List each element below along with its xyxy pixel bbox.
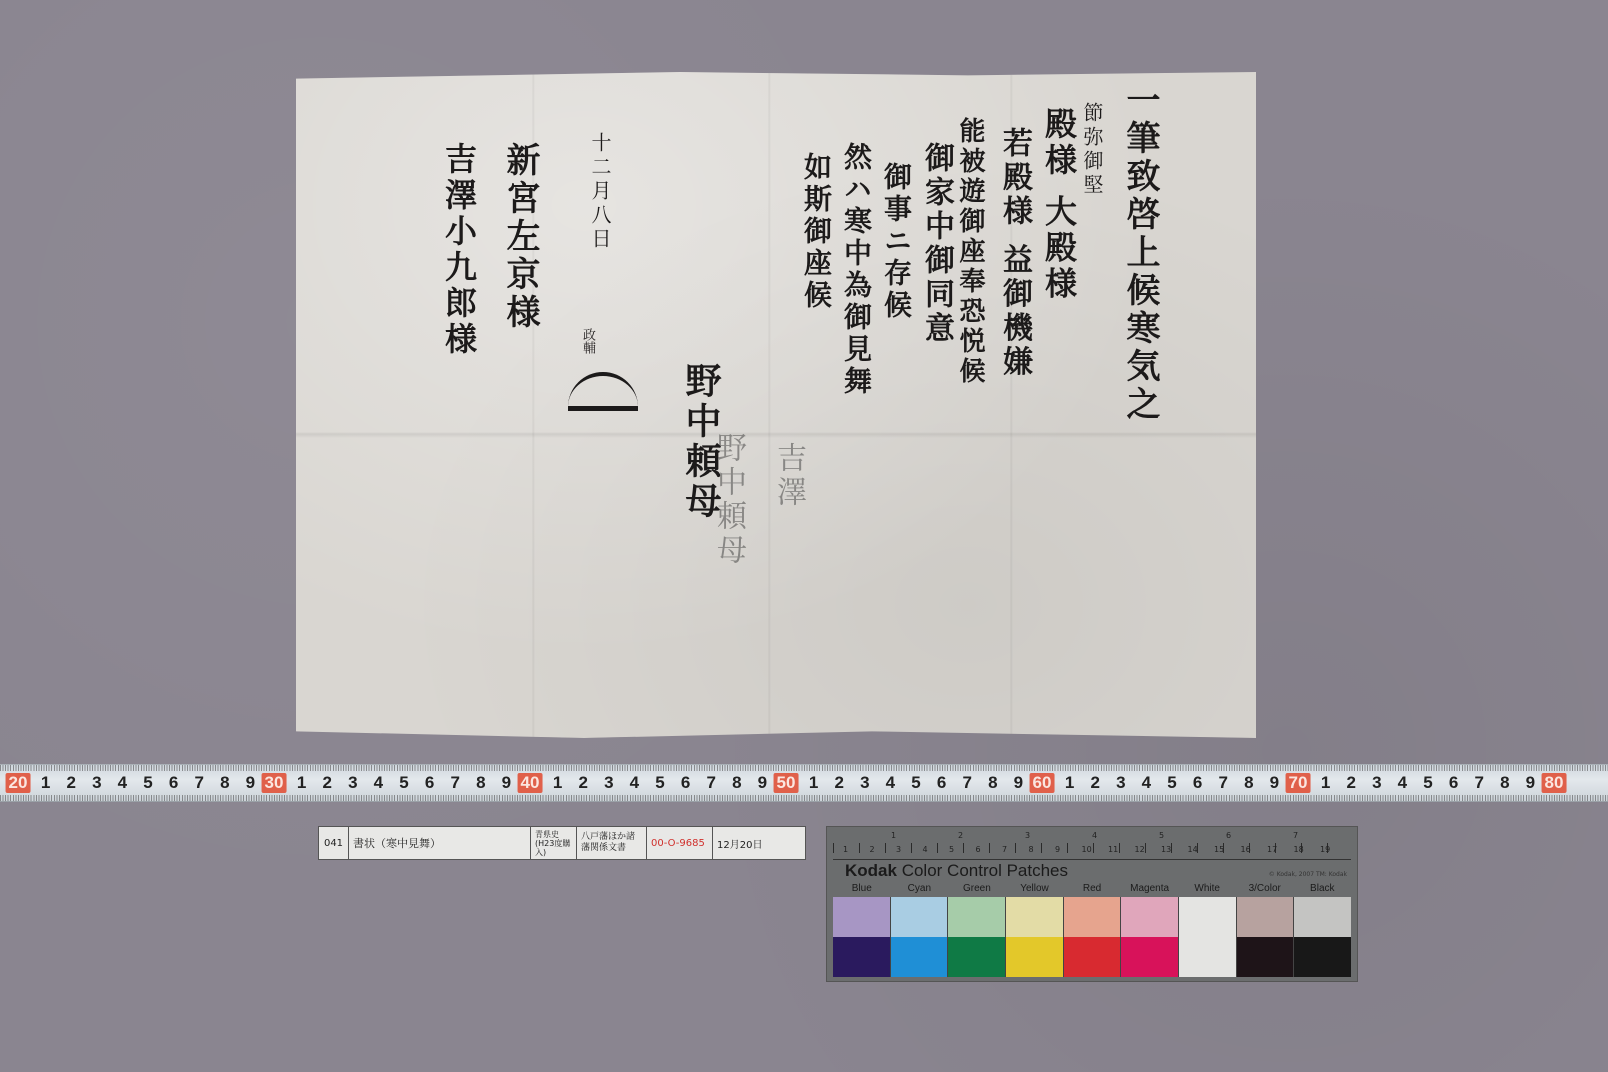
- kodak-inch-mark: 7: [1293, 831, 1298, 840]
- kodak-inch-mark: 4: [1092, 831, 1097, 840]
- kodak-inch-mark: 6: [1226, 831, 1231, 840]
- ruler-unit-label: 2: [322, 773, 331, 793]
- ruler-unit-label: 2: [1090, 773, 1099, 793]
- ruler-unit-label: 5: [1423, 773, 1432, 793]
- ruler-decade-label: 30: [262, 773, 287, 793]
- ruler-unit-label: 8: [732, 773, 741, 793]
- addressee-column: 新宮左京様: [496, 142, 545, 332]
- patch-dark: [833, 937, 890, 977]
- ruler-unit-label: 1: [41, 773, 50, 793]
- kodak-cm-mark: 19: [1320, 845, 1330, 854]
- ruler-unit-label: 4: [374, 773, 383, 793]
- ruler-decade-label: 40: [518, 773, 543, 793]
- ruler-unit-label: 9: [1270, 773, 1279, 793]
- ruler-unit-label: 6: [937, 773, 946, 793]
- patch-name: 3/Color: [1236, 883, 1294, 894]
- patch-name: Cyan: [891, 883, 949, 894]
- ruler-unit-label: 2: [578, 773, 587, 793]
- patch-name: White: [1178, 883, 1236, 894]
- ruler-unit-label: 6: [425, 773, 434, 793]
- catalog-date: 12月20日: [713, 827, 805, 859]
- ruler-ticks-bottom: [0, 795, 1608, 801]
- color-patch-green: [948, 897, 1006, 977]
- ruler-unit-label: 7: [1218, 773, 1227, 793]
- patch-light: [833, 897, 890, 937]
- kodak-cm-mark: 12: [1135, 845, 1145, 854]
- kodak-cm-mark: 16: [1241, 845, 1251, 854]
- historical-document-paper: 一筆致啓上候寒気之節弥御堅殿様 大殿様若殿様 益御機嫌能被遊御座奉恐悦候御家中御…: [296, 72, 1256, 738]
- kodak-inch-mark: 1: [891, 831, 896, 840]
- kodak-cm-mark: 5: [949, 845, 954, 854]
- catalog-source: 青県史(H23度購入): [531, 827, 577, 859]
- patch-light: [1006, 897, 1063, 937]
- catalog-number: 041: [319, 827, 349, 859]
- patch-dark: [1064, 937, 1121, 977]
- patch-light: [1179, 897, 1236, 937]
- calligraphy-column: 殿様 大殿様: [1036, 107, 1082, 302]
- ruler-unit-label: 4: [118, 773, 127, 793]
- ruler-unit-label: 7: [1474, 773, 1483, 793]
- patch-dark: [891, 937, 948, 977]
- kodak-brand: Kodak Color Control Patches: [845, 861, 1068, 881]
- ruler-unit-label: 7: [706, 773, 715, 793]
- ruler-unit-label: 2: [66, 773, 75, 793]
- ruler-unit-label: 5: [143, 773, 152, 793]
- ruler-unit-label: 8: [1500, 773, 1509, 793]
- tape-measure-ruler: 2012345678930123456789401234567895012345…: [0, 764, 1608, 802]
- catalog-title: 書状（寒中見舞）: [349, 827, 531, 859]
- ruler-unit-label: 1: [809, 773, 818, 793]
- ruler-decade-label: 80: [1542, 773, 1567, 793]
- ruler-unit-label: 6: [1449, 773, 1458, 793]
- catalog-id: 00-O-9685: [647, 827, 713, 859]
- patch-dark: [1237, 937, 1294, 977]
- ruler-unit-label: 5: [399, 773, 408, 793]
- patch-light: [948, 897, 1005, 937]
- ruler-unit-label: 8: [220, 773, 229, 793]
- color-patch-blue: [833, 897, 891, 977]
- kodak-cm-mark: 7: [1002, 845, 1007, 854]
- ruler-unit-label: 2: [834, 773, 843, 793]
- ruler-unit-label: 7: [194, 773, 203, 793]
- kodak-inch-mark: 2: [958, 831, 963, 840]
- calligraphy-column: 一筆致啓上候寒気之: [1116, 82, 1165, 424]
- calligraphy-column: 若殿様 益御機嫌: [992, 127, 1036, 379]
- kodak-cm-mark: 9: [1055, 845, 1060, 854]
- ruler-unit-label: 9: [1014, 773, 1023, 793]
- ruler-unit-label: 3: [1372, 773, 1381, 793]
- color-patches: [833, 897, 1351, 977]
- patch-dark: [1121, 937, 1178, 977]
- addressee-column: 吉澤小九郎様: [436, 142, 482, 358]
- kodak-title: Color Control Patches: [902, 861, 1068, 880]
- kodak-cm-mark: 8: [1029, 845, 1034, 854]
- ruler-unit-label: 5: [1167, 773, 1176, 793]
- calligraphy-column: 然ハ寒中為御見舞: [836, 142, 876, 398]
- patch-light: [891, 897, 948, 937]
- ruler-unit-label: 5: [911, 773, 920, 793]
- ruler-unit-label: 9: [1526, 773, 1535, 793]
- kodak-cm-mark: 1: [843, 845, 848, 854]
- kodak-cm-mark: 4: [923, 845, 928, 854]
- color-patch-3-color: [1237, 897, 1295, 977]
- kodak-cm-mark: 14: [1188, 845, 1198, 854]
- kodak-scale: 123456789101112131415161718191234567: [833, 831, 1351, 860]
- ruler-unit-label: 2: [1346, 773, 1355, 793]
- ruler-unit-label: 3: [348, 773, 357, 793]
- ruler-unit-label: 6: [681, 773, 690, 793]
- color-patch-red: [1064, 897, 1122, 977]
- kodak-cm-mark: 10: [1082, 845, 1092, 854]
- patch-name: Blue: [833, 883, 891, 894]
- kodak-inch-mark: 5: [1159, 831, 1164, 840]
- kodak-cm-mark: 2: [870, 845, 875, 854]
- ruler-unit-label: 3: [92, 773, 101, 793]
- patch-dark: [948, 937, 1005, 977]
- ruler-unit-label: 7: [962, 773, 971, 793]
- ruler-unit-label: 9: [246, 773, 255, 793]
- color-patch-magenta: [1121, 897, 1179, 977]
- color-patch-black: [1294, 897, 1351, 977]
- patch-light: [1237, 897, 1294, 937]
- ruler-ticks-top: [0, 765, 1608, 771]
- patch-light: [1121, 897, 1178, 937]
- ruler-unit-label: 4: [1142, 773, 1151, 793]
- ruler-unit-label: 7: [450, 773, 459, 793]
- catalog-label: 041 書状（寒中見舞） 青県史(H23度購入) 八戸藩ほか諸藩関係文書 00-…: [318, 826, 806, 860]
- patch-light: [1294, 897, 1351, 937]
- kodak-cm-mark: 18: [1294, 845, 1304, 854]
- kodak-color-card: 123456789101112131415161718191234567 Kod…: [826, 826, 1358, 982]
- kodak-cm-mark: 13: [1161, 845, 1171, 854]
- ruler-unit-label: 8: [988, 773, 997, 793]
- verso-show-through-text: 吉澤: [766, 442, 810, 510]
- calligraphy-column: 御家中御同意: [914, 142, 958, 346]
- ruler-decade-label: 70: [1286, 773, 1311, 793]
- patch-name: Green: [948, 883, 1006, 894]
- ruler-unit-label: 3: [1116, 773, 1125, 793]
- ruler-unit-label: 9: [758, 773, 767, 793]
- patch-dark: [1179, 937, 1236, 977]
- color-patch-cyan: [891, 897, 949, 977]
- kodak-cm-mark: 3: [896, 845, 901, 854]
- color-patch-white: [1179, 897, 1237, 977]
- kodak-cm-mark: 6: [976, 845, 981, 854]
- kodak-copyright: © Kodak, 2007 TM: Kodak: [1269, 871, 1347, 878]
- seal-label: 政輔: [578, 328, 597, 354]
- ruler-unit-label: 3: [604, 773, 613, 793]
- patch-names: BlueCyanGreenYellowRedMagentaWhite3/Colo…: [833, 883, 1351, 894]
- ruler-unit-label: 4: [630, 773, 639, 793]
- ruler-decade-label: 50: [774, 773, 799, 793]
- patch-light: [1064, 897, 1121, 937]
- ruler-unit-label: 1: [1321, 773, 1330, 793]
- ruler-unit-label: 3: [860, 773, 869, 793]
- patch-name: Red: [1063, 883, 1121, 894]
- ruler-decade-label: 60: [1030, 773, 1055, 793]
- ruler-unit-label: 5: [655, 773, 664, 793]
- calligraphy-column: 如斯御座候: [796, 152, 836, 312]
- calligraphy-column: 御事ニ存候: [876, 162, 916, 322]
- patch-name: Magenta: [1121, 883, 1179, 894]
- patch-name: Yellow: [1006, 883, 1064, 894]
- verso-show-through-text: 野中頼母: [706, 432, 750, 568]
- calligraphy-column: 節弥御堅: [1078, 102, 1107, 198]
- ruler-unit-label: 6: [169, 773, 178, 793]
- kodak-cm-mark: 17: [1267, 845, 1277, 854]
- kao-signature-mark-icon: [568, 372, 638, 411]
- kodak-cm-mark: 15: [1214, 845, 1224, 854]
- kodak-cm-mark: 11: [1108, 845, 1118, 854]
- date-column: 十二月八日: [586, 132, 615, 252]
- kodak-inch-mark: 3: [1025, 831, 1030, 840]
- ruler-unit-label: 8: [1244, 773, 1253, 793]
- ruler-unit-label: 4: [886, 773, 895, 793]
- patch-dark: [1006, 937, 1063, 977]
- ruler-unit-label: 6: [1193, 773, 1202, 793]
- ruler-unit-label: 1: [553, 773, 562, 793]
- patch-dark: [1294, 937, 1351, 977]
- ruler-unit-label: 4: [1398, 773, 1407, 793]
- catalog-collection: 八戸藩ほか諸藩関係文書: [577, 827, 647, 859]
- patch-name: Black: [1294, 883, 1352, 894]
- ruler-unit-label: 8: [476, 773, 485, 793]
- ruler-unit-label: 1: [1065, 773, 1074, 793]
- kodak-brand-name: Kodak: [845, 861, 897, 880]
- ruler-unit-label: 9: [502, 773, 511, 793]
- ruler-decade-label: 20: [6, 773, 31, 793]
- color-patch-yellow: [1006, 897, 1064, 977]
- ruler-unit-label: 1: [297, 773, 306, 793]
